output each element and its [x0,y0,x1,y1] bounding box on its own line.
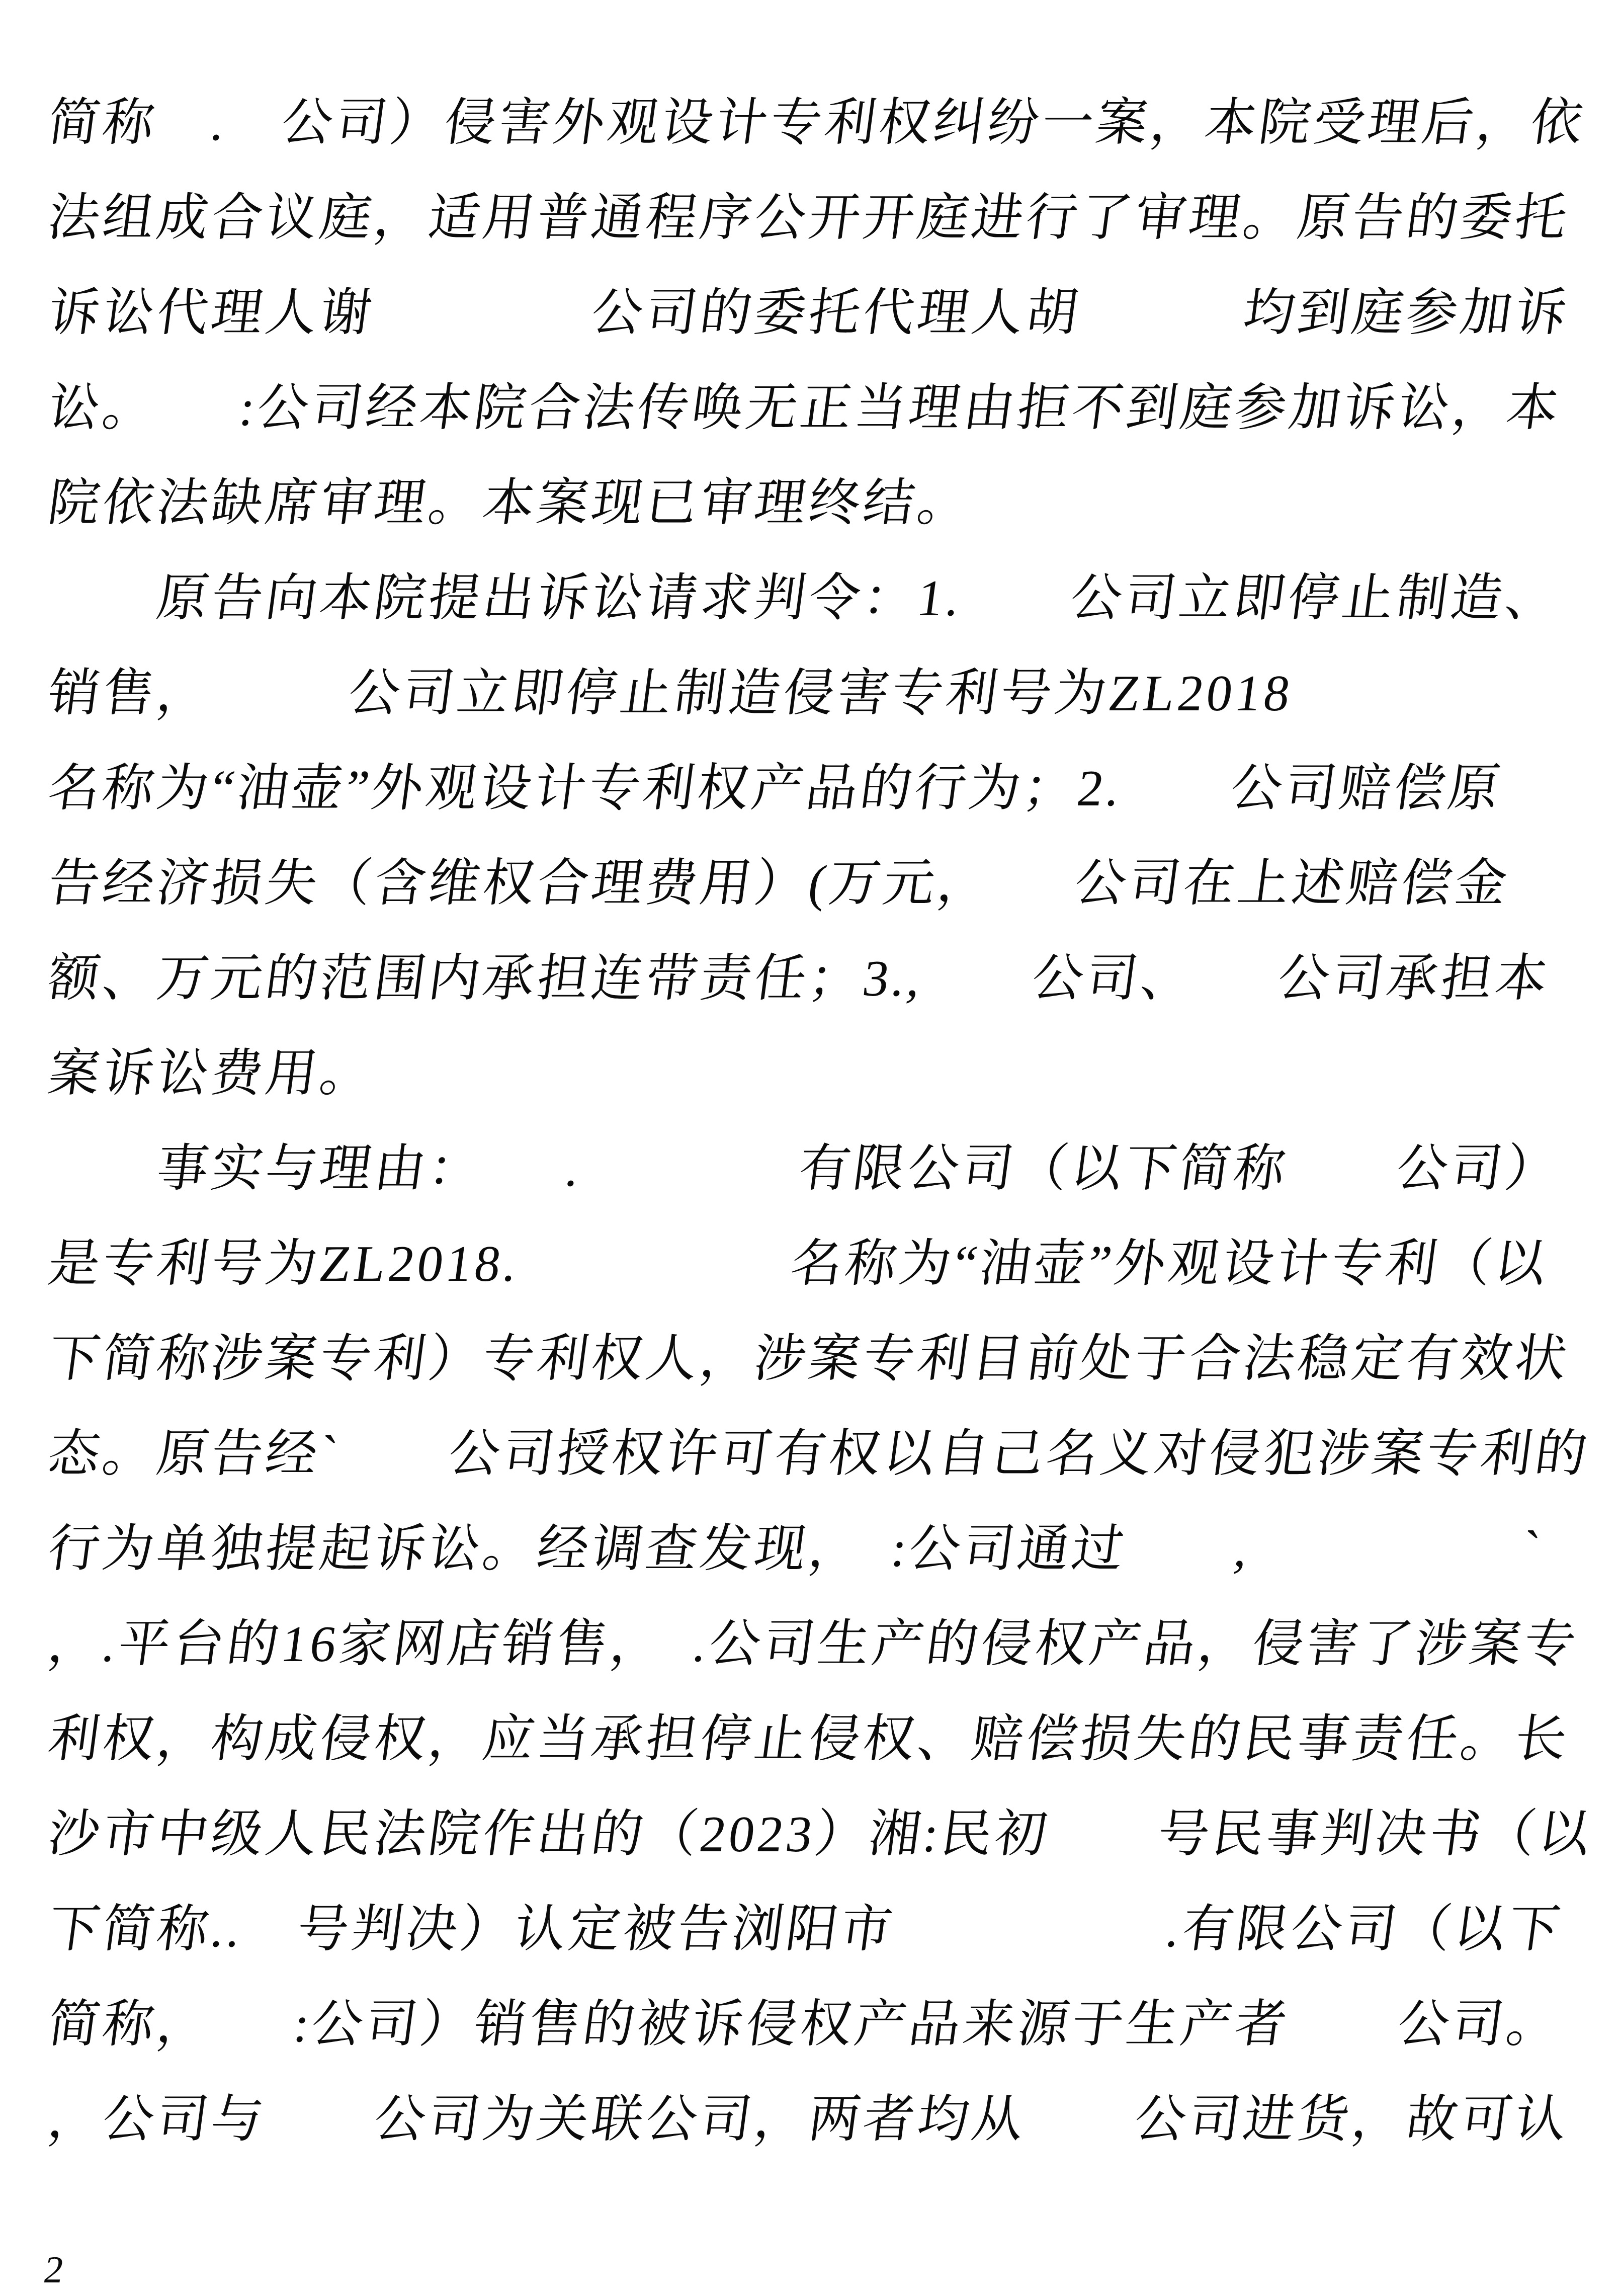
text-line: 销售， 公司立即停止制造侵害专利号为ZL2018 [42,646,1619,741]
text-line: 讼。 :公司经本院合法传唤无正当理由拒不到庭参加诉讼，本 [42,361,1619,456]
text-line: 告经济损失（含维权合理费用）(万元， 公司在上述赔偿金 [42,836,1619,931]
text-line: 行为单独提起诉讼。经调查发现， :公司通过 , ` [42,1502,1619,1597]
text-line: 诉讼代理人谢 公司的委托代理人胡 均到庭参加诉 [42,266,1619,361]
text-line: 下简称.. 号判决）认定被告浏阳市 .有限公司（以下 [42,1882,1619,1977]
text-line: 态。原告经` 公司授权许可有权以自己名义对侵犯涉案专利的 [42,1407,1619,1502]
text-line: 沙市中级人民法院作出的（2023）湘:民初 号民事判决书（以 [42,1787,1619,1882]
document-page: 简称 . 公司）侵害外观设计专利权纠纷一案，本院受理后，依 法组成合议庭，适用普… [0,0,1620,2296]
text-line: 简称， :公司）销售的被诉侵权产品来源于生产者 公司。 [42,1977,1619,2072]
text-line: 简称 . 公司）侵害外观设计专利权纠纷一案，本院受理后，依 [42,75,1619,171]
text-line: 原告向本院提出诉讼请求判令：1. 公司立即停止制造、 [42,551,1619,646]
text-line: 案诉讼费用。 [42,1026,1619,1121]
text-line: 名称为“油壶”外观设计专利权产品的行为；2. 公司赔偿原 [42,741,1619,836]
text-line: 院依法缺席审理。本案现已审理终结。 [42,456,1619,551]
document-text-block: 简称 . 公司）侵害外观设计专利权纠纷一案，本院受理后，依 法组成合议庭，适用普… [42,75,1606,2167]
page-number: 2 [41,2250,67,2290]
text-line: 法组成合议庭，适用普通程序公开开庭进行了审理。原告的委托 [42,171,1619,266]
text-line: ，.平台的16家网店销售， .公司生产的侵权产品，侵害了涉案专 [42,1597,1619,1692]
text-line: 额、万元的范围内承担连带责任；3., 公司、 公司承担本 [42,931,1619,1026]
text-line: ，公司与 公司为关联公司，两者均从 公司进货，故可认 [42,2072,1619,2167]
text-line: 下简称涉案专利）专利权人，涉案专利目前处于合法稳定有效状 [42,1311,1619,1407]
text-line: 是专利号为ZL2018. 名称为“油壶”外观设计专利（以 [42,1216,1619,1311]
text-line: 事实与理由： . 有限公司（以下简称 公司） [42,1121,1619,1216]
text-line: 利权，构成侵权，应当承担停止侵权、赔偿损失的民事责任。长 [42,1692,1619,1787]
